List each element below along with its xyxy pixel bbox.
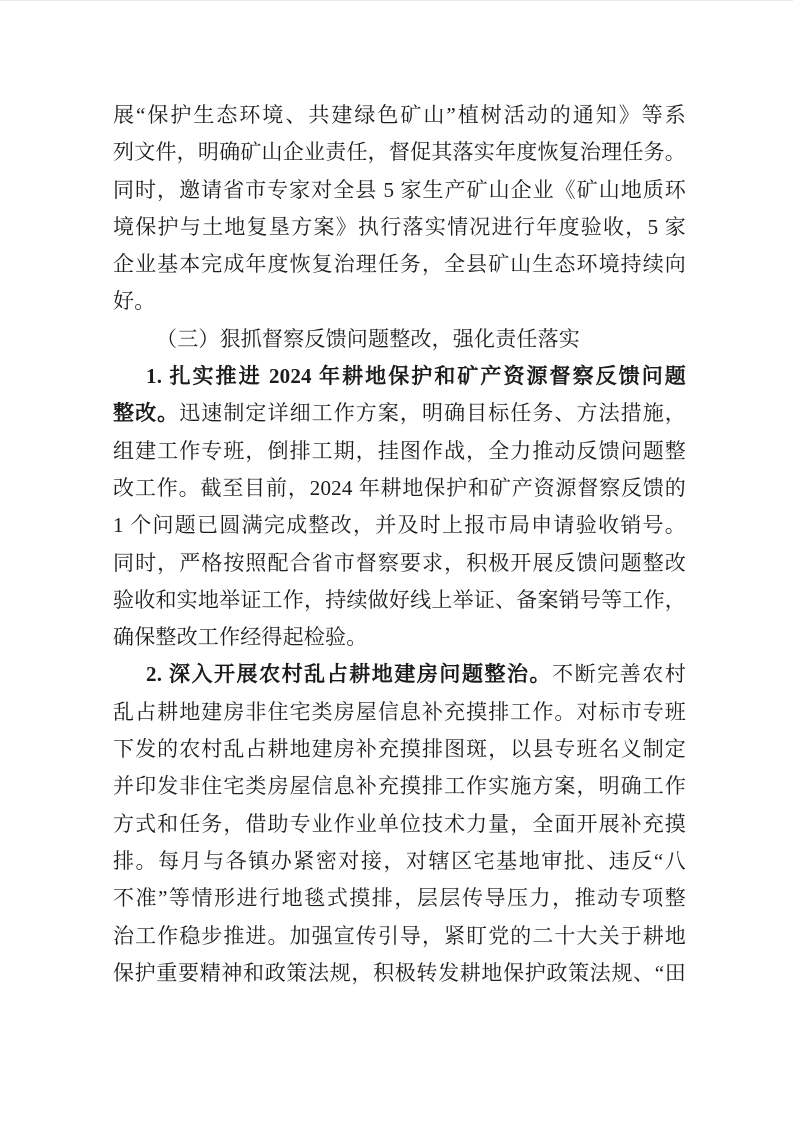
text-line: 1. 扎实推进 2024 年耕地保护和矿产资源督察反馈问题 (113, 358, 686, 395)
text-segment: 展“保护生态环境、共建绿色矿山”植树活动的通知》等系 (113, 103, 686, 127)
text-line: 排。每月与各镇办紧密对接，对辖区宅基地审批、违反“八 (113, 843, 686, 880)
text-segment: 境保护与土地复垦方案》执行落实情况进行年度验收，5 家 (113, 215, 686, 239)
text-segment: 保护重要精神和政策法规，积极转发耕地保护政策法规、“田 (113, 961, 686, 985)
text-segment: 组建工作专班，倒排工期，挂图作战，全力推动反馈问题整 (113, 439, 686, 463)
text-segment: 验收和实地举证工作，持续做好线上举证、备案销号等工作， (113, 588, 686, 612)
text-segment: 改工作。截至目前，2024 年耕地保护和矿产资源督察反馈的 (113, 476, 686, 500)
text-line: 展“保护生态环境、共建绿色矿山”植树活动的通知》等系 (113, 97, 686, 134)
text-segment: 不断完善农村 (552, 662, 686, 686)
text-line: 组建工作专班，倒排工期，挂图作战，全力推动反馈问题整 (113, 433, 686, 470)
text-segment: 好。 (113, 289, 155, 313)
text-segment: 治工作稳步推进。加强宣传引导，紧盯党的二十大关于耕地 (113, 924, 686, 948)
emphasis-text-segment: 2. 深入开展农村乱占耕地建房问题整治。 (146, 662, 552, 686)
text-line: 确保整改工作经得起检验。 (113, 619, 686, 656)
text-line: 企业基本完成年度恢复治理任务，全县矿山生态环境持续向 (113, 246, 686, 283)
document-page: 展“保护生态环境、共建绿色矿山”植树活动的通知》等系列文件，明确矿山企业责任，督… (0, 0, 793, 1122)
text-line: 2. 深入开展农村乱占耕地建房问题整治。不断完善农村 (113, 656, 686, 693)
document-body: 展“保护生态环境、共建绿色矿山”植树活动的通知》等系列文件，明确矿山企业责任，督… (113, 97, 686, 992)
text-segment: 排。每月与各镇办紧密对接，对辖区宅基地审批、违反“八 (113, 849, 686, 873)
text-segment: 同时，严格按照配合省市督察要求，积极开展反馈问题整改 (113, 551, 686, 575)
text-segment: 列文件，明确矿山企业责任，督促其落实年度恢复治理任务。 (113, 140, 686, 164)
text-segment: 同时，邀请省市专家对全县 5 家生产矿山企业《矿山地质环 (113, 178, 686, 202)
text-line: 方式和任务，借助专业作业单位技术力量，全面开展补充摸 (113, 806, 686, 843)
text-segment: 1 个问题已圆满完成整改，并及时上报市局申请验收销号。 (113, 513, 686, 537)
text-segment: 确保整改工作经得起检验。 (113, 625, 367, 649)
text-line: 治工作稳步推进。加强宣传引导，紧盯党的二十大关于耕地 (113, 918, 686, 955)
text-line: 同时，严格按照配合省市督察要求，积极开展反馈问题整改 (113, 545, 686, 582)
text-segment: 迅速制定详细工作方案，明确目标任务、方法措施， (179, 401, 686, 425)
text-line: 列文件，明确矿山企业责任，督促其落实年度恢复治理任务。 (113, 134, 686, 171)
emphasis-text-segment: 整改。 (113, 401, 179, 425)
text-line: 并印发非住宅类房屋信息补充摸排工作实施方案，明确工作 (113, 768, 686, 805)
text-segment: （三）狠抓督察反馈问题整改，强化责任落实 (156, 327, 580, 351)
text-line: 好。 (113, 283, 686, 320)
text-line: 境保护与土地复垦方案》执行落实情况进行年度验收，5 家 (113, 209, 686, 246)
text-segment: 不准”等情形进行地毯式摸排，层层传导压力，推动专项整 (113, 886, 686, 910)
text-segment: 乱占耕地建房非住宅类房屋信息补充摸排工作。对标市专班 (113, 700, 686, 724)
text-segment: 下发的农村乱占耕地建房补充摸排图斑，以县专班名义制定 (113, 737, 686, 761)
text-line: 整改。迅速制定详细工作方案，明确目标任务、方法措施， (113, 395, 686, 432)
section-heading: （三）狠抓督察反馈问题整改，强化责任落实 (113, 321, 686, 358)
text-line: 验收和实地举证工作，持续做好线上举证、备案销号等工作， (113, 582, 686, 619)
text-segment: 企业基本完成年度恢复治理任务，全县矿山生态环境持续向 (113, 252, 686, 276)
text-line: 下发的农村乱占耕地建房补充摸排图斑，以县专班名义制定 (113, 731, 686, 768)
emphasis-text-segment: 1. 扎实推进 2024 年耕地保护和矿产资源督察反馈问题 (146, 364, 686, 388)
text-line: 改工作。截至目前，2024 年耕地保护和矿产资源督察反馈的 (113, 470, 686, 507)
text-line: 同时，邀请省市专家对全县 5 家生产矿山企业《矿山地质环 (113, 172, 686, 209)
text-segment: 方式和任务，借助专业作业单位技术力量，全面开展补充摸 (113, 812, 686, 836)
text-line: 乱占耕地建房非住宅类房屋信息补充摸排工作。对标市专班 (113, 694, 686, 731)
text-line: 保护重要精神和政策法规，积极转发耕地保护政策法规、“田 (113, 955, 686, 992)
text-line: 不准”等情形进行地毯式摸排，层层传导压力，推动专项整 (113, 880, 686, 917)
text-segment: 并印发非住宅类房屋信息补充摸排工作实施方案，明确工作 (113, 774, 686, 798)
text-line: 1 个问题已圆满完成整改，并及时上报市局申请验收销号。 (113, 507, 686, 544)
